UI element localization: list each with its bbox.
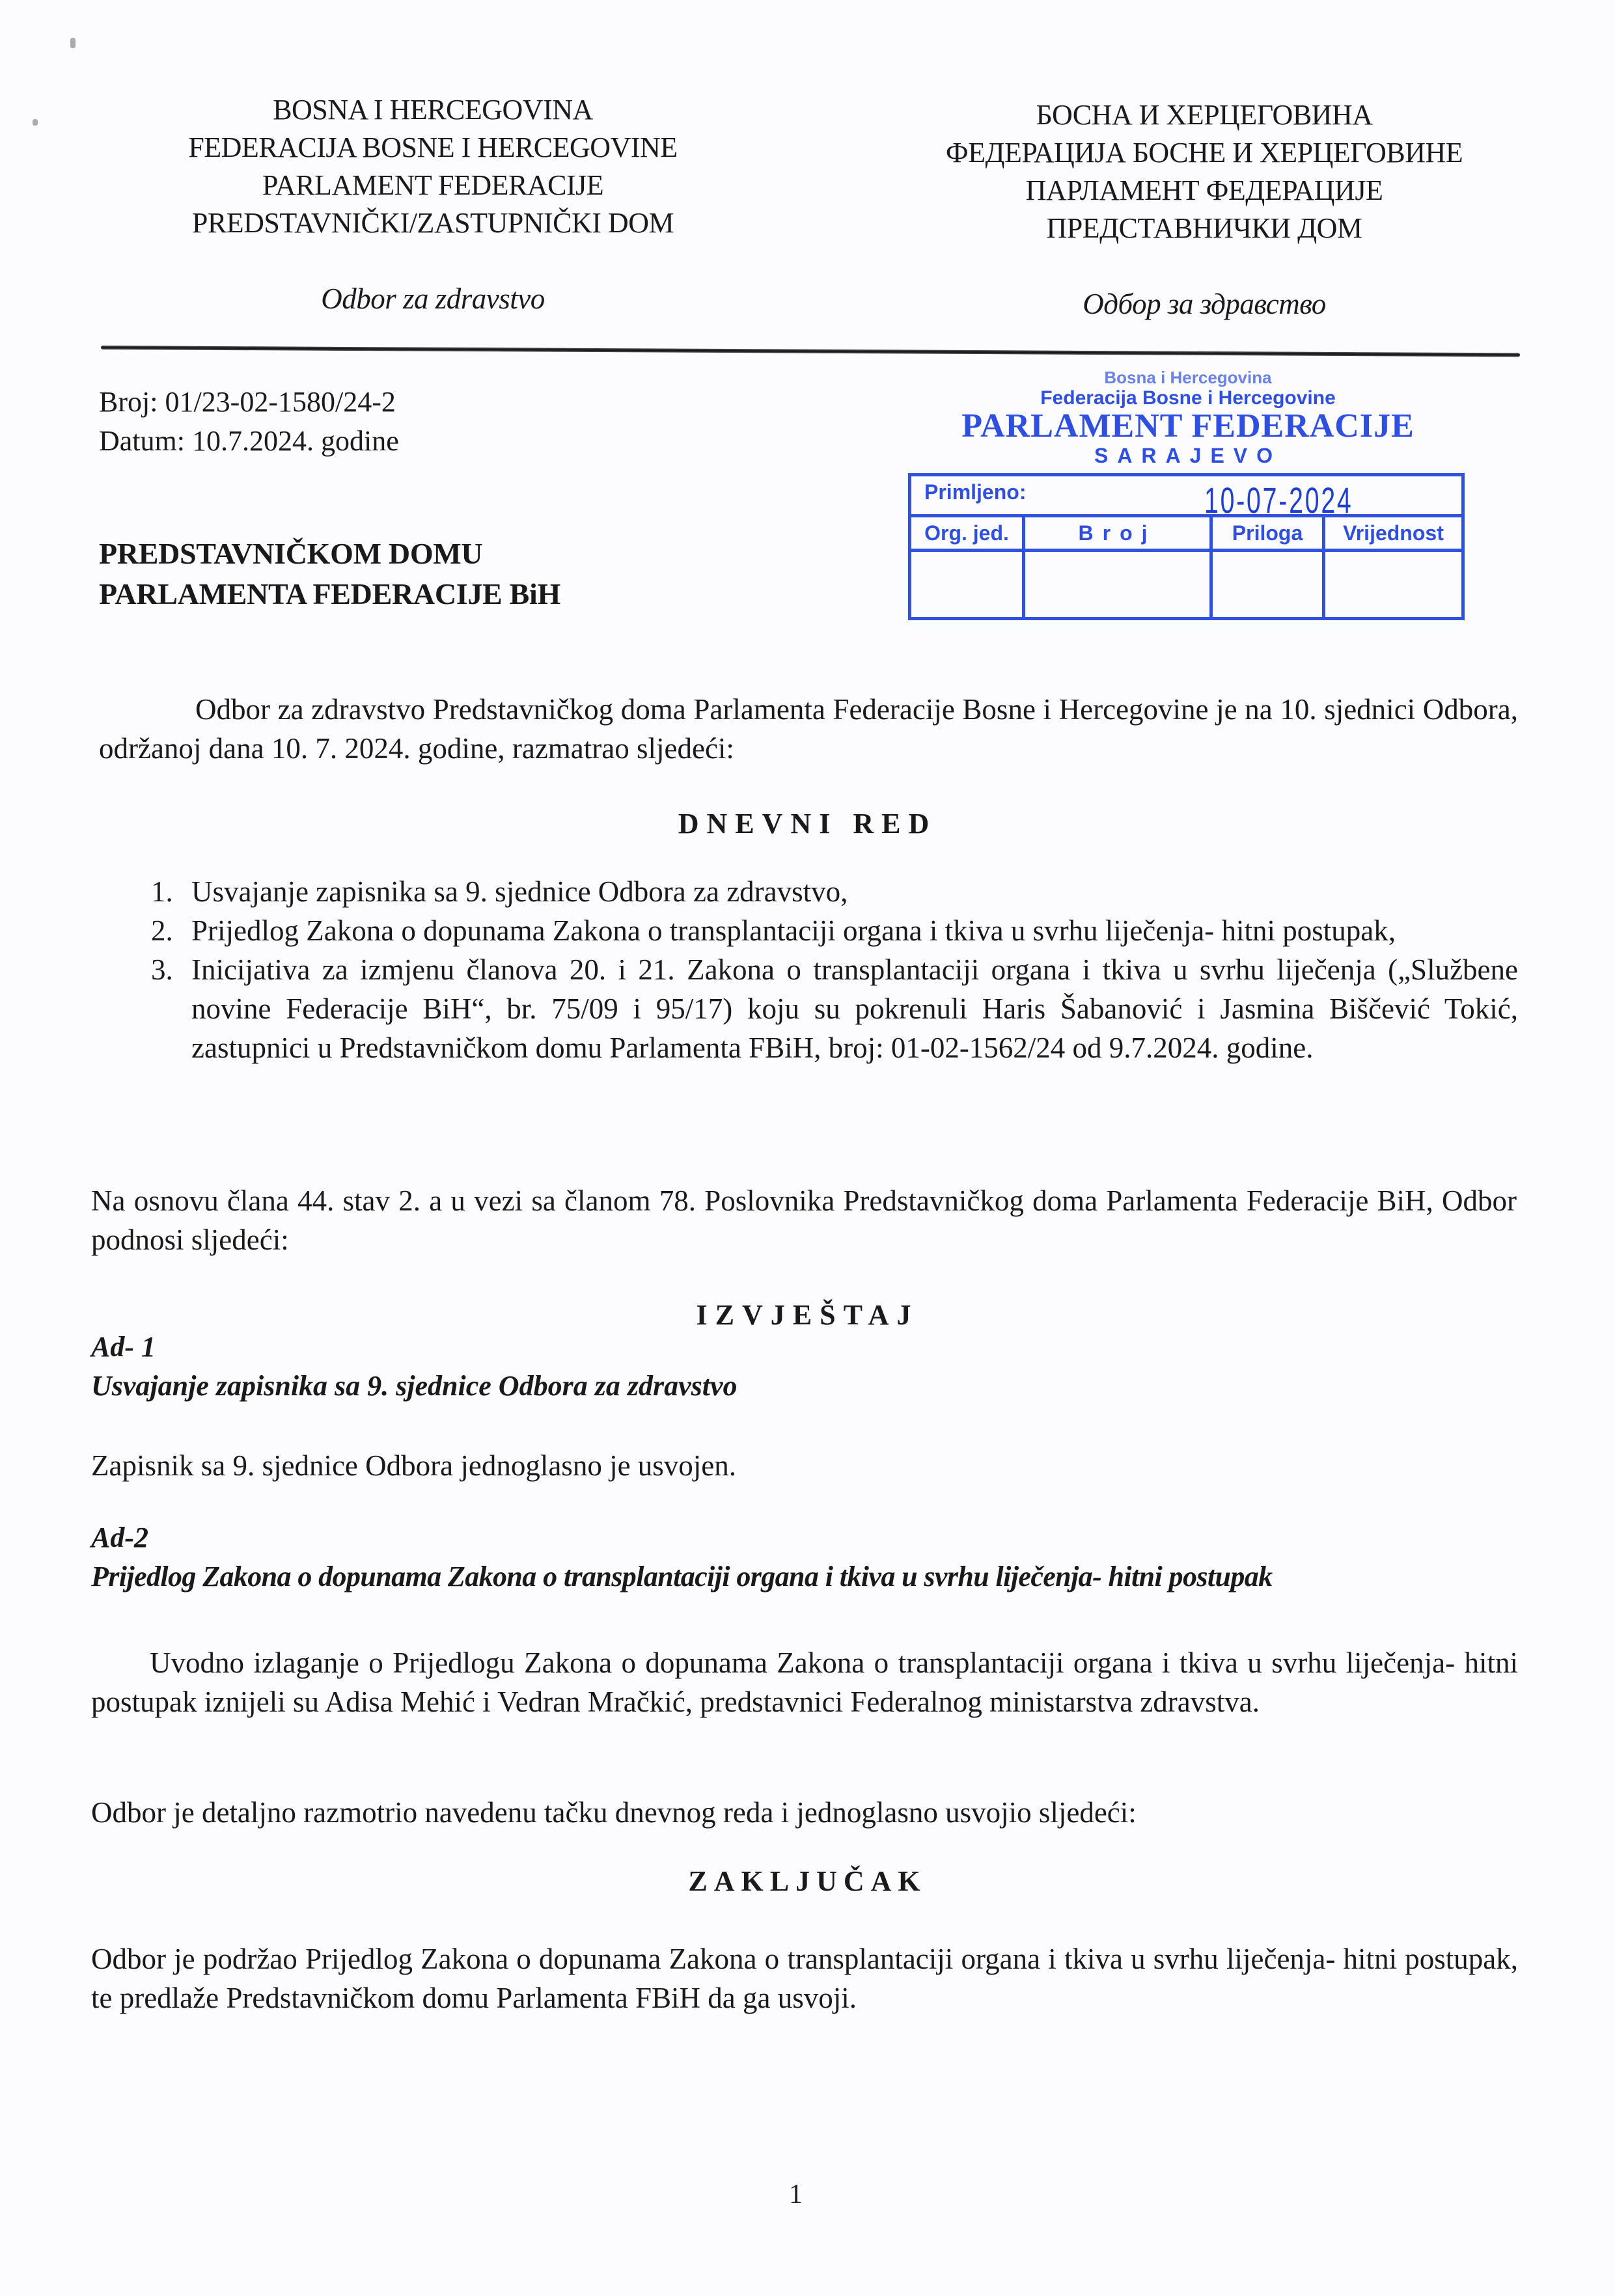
- header-line: ФЕДЕРАЦИЈА БОСНЕ И ХЕРЦЕГОВИНЕ: [859, 134, 1549, 172]
- ad1-body: Zapisnik sa 9. sjednice Odbora jednoglas…: [91, 1446, 736, 1485]
- agenda-heading: DNEVNI RED: [0, 807, 1615, 840]
- agenda-item: 1.Usvajanje zapisnika sa 9. sjednice Odb…: [151, 872, 1518, 911]
- agenda-list: 1.Usvajanje zapisnika sa 9. sjednice Odb…: [151, 872, 1518, 1067]
- stamp-col-header: Org. jed.: [911, 517, 1022, 552]
- stamp-line: Federacija Bosne i Hercegovine: [908, 387, 1468, 409]
- stamp-table: Primljeno: 10-07-2024 Org. jed. Broj Pri…: [908, 473, 1465, 620]
- conclusion-text: Odbor je podržao Prijedlog Zakona o dopu…: [91, 1939, 1518, 2017]
- header-divider: [101, 346, 1520, 357]
- ad2-title: Prijedlog Zakona o dopunama Zakona o tra…: [91, 1557, 1273, 1596]
- stamp-col-header: Broj: [1025, 517, 1209, 552]
- addressee-line: PREDSTAVNIČKOM DOMU: [99, 534, 560, 574]
- header-line: BOSNA I HERCEGOVINA: [124, 91, 742, 129]
- agenda-item: 2.Prijedlog Zakona o dopunama Zakona o t…: [151, 911, 1518, 950]
- conclusion-heading: ZAKLJUČAK: [0, 1865, 1615, 1898]
- committee-name: Odbor za zdravstvo: [124, 280, 742, 318]
- legal-basis-paragraph: Na osnovu člana 44. stav 2. a u vezi sa …: [91, 1181, 1517, 1259]
- received-stamp: Bosna i Hercegovina Federacija Bosne i H…: [908, 368, 1468, 620]
- ad2-body: Uvodno izlaganje o Prijedlogu Zakona o d…: [91, 1643, 1518, 1721]
- document-meta: Broj: 01/23-02-1580/24-2 Datum: 10.7.202…: [99, 383, 399, 461]
- header-line: ПАРЛАМЕНТ ФЕДЕРАЦИЈЕ: [859, 172, 1549, 210]
- scan-artifact: [70, 38, 76, 48]
- header-latin: BOSNA I HERCEGOVINA FEDERACIJA BOSNE I H…: [124, 91, 742, 318]
- header-line: FEDERACIJA BOSNE I HERCEGOVINE: [124, 129, 742, 167]
- report-heading: IZVJEŠTAJ: [0, 1298, 1615, 1332]
- stamp-received-label: Primljeno:: [924, 480, 1026, 504]
- document-number: Broj: 01/23-02-1580/24-2: [99, 383, 399, 422]
- page-number: 1: [789, 2179, 803, 2210]
- stamp-received-date: 10-07-2024: [1204, 479, 1353, 521]
- stamp-col-header: Vrijednost: [1325, 517, 1461, 552]
- agenda-item: 3.Inicijativa za izmjenu članova 20. i 2…: [151, 950, 1518, 1067]
- header-line: PREDSTAVNIČKI/ZASTUPNIČKI DOM: [124, 204, 742, 242]
- ad2-label: Ad-2: [91, 1518, 148, 1557]
- stamp-line: SARAJEVO: [908, 443, 1468, 468]
- scan-artifact: [33, 119, 38, 126]
- addressee: PREDSTAVNIČKOM DOMU PARLAMENTA FEDERACIJ…: [99, 534, 560, 614]
- ad2-decision: Odbor je detaljno razmotrio navedenu tač…: [91, 1793, 1137, 1832]
- stamp-line: PARLAMENT FEDERACIJE: [908, 409, 1468, 443]
- header-cyrillic: БОСНА И ХЕРЦЕГОВИНА ФЕДЕРАЦИЈА БОСНЕ И Х…: [859, 96, 1549, 323]
- committee-name-cyrillic: Одбор за здравство: [859, 285, 1549, 323]
- addressee-line: PARLAMENTA FEDERACIJE BiH: [99, 574, 560, 614]
- intro-paragraph: Odbor za zdravstvo Predstavničkog doma P…: [99, 690, 1518, 768]
- header-line: PARLAMENT FEDERACIJE: [124, 167, 742, 204]
- ad1-label: Ad- 1: [91, 1328, 156, 1367]
- stamp-line: Bosna i Hercegovina: [908, 368, 1468, 387]
- document-date: Datum: 10.7.2024. godine: [99, 422, 399, 461]
- header-line: ПРЕДСТАВНИЧКИ ДОМ: [859, 210, 1549, 247]
- header-line: БОСНА И ХЕРЦЕГОВИНА: [859, 96, 1549, 134]
- ad1-title: Usvajanje zapisnika sa 9. sjednice Odbor…: [91, 1367, 737, 1406]
- stamp-col-header: Priloga: [1213, 517, 1322, 552]
